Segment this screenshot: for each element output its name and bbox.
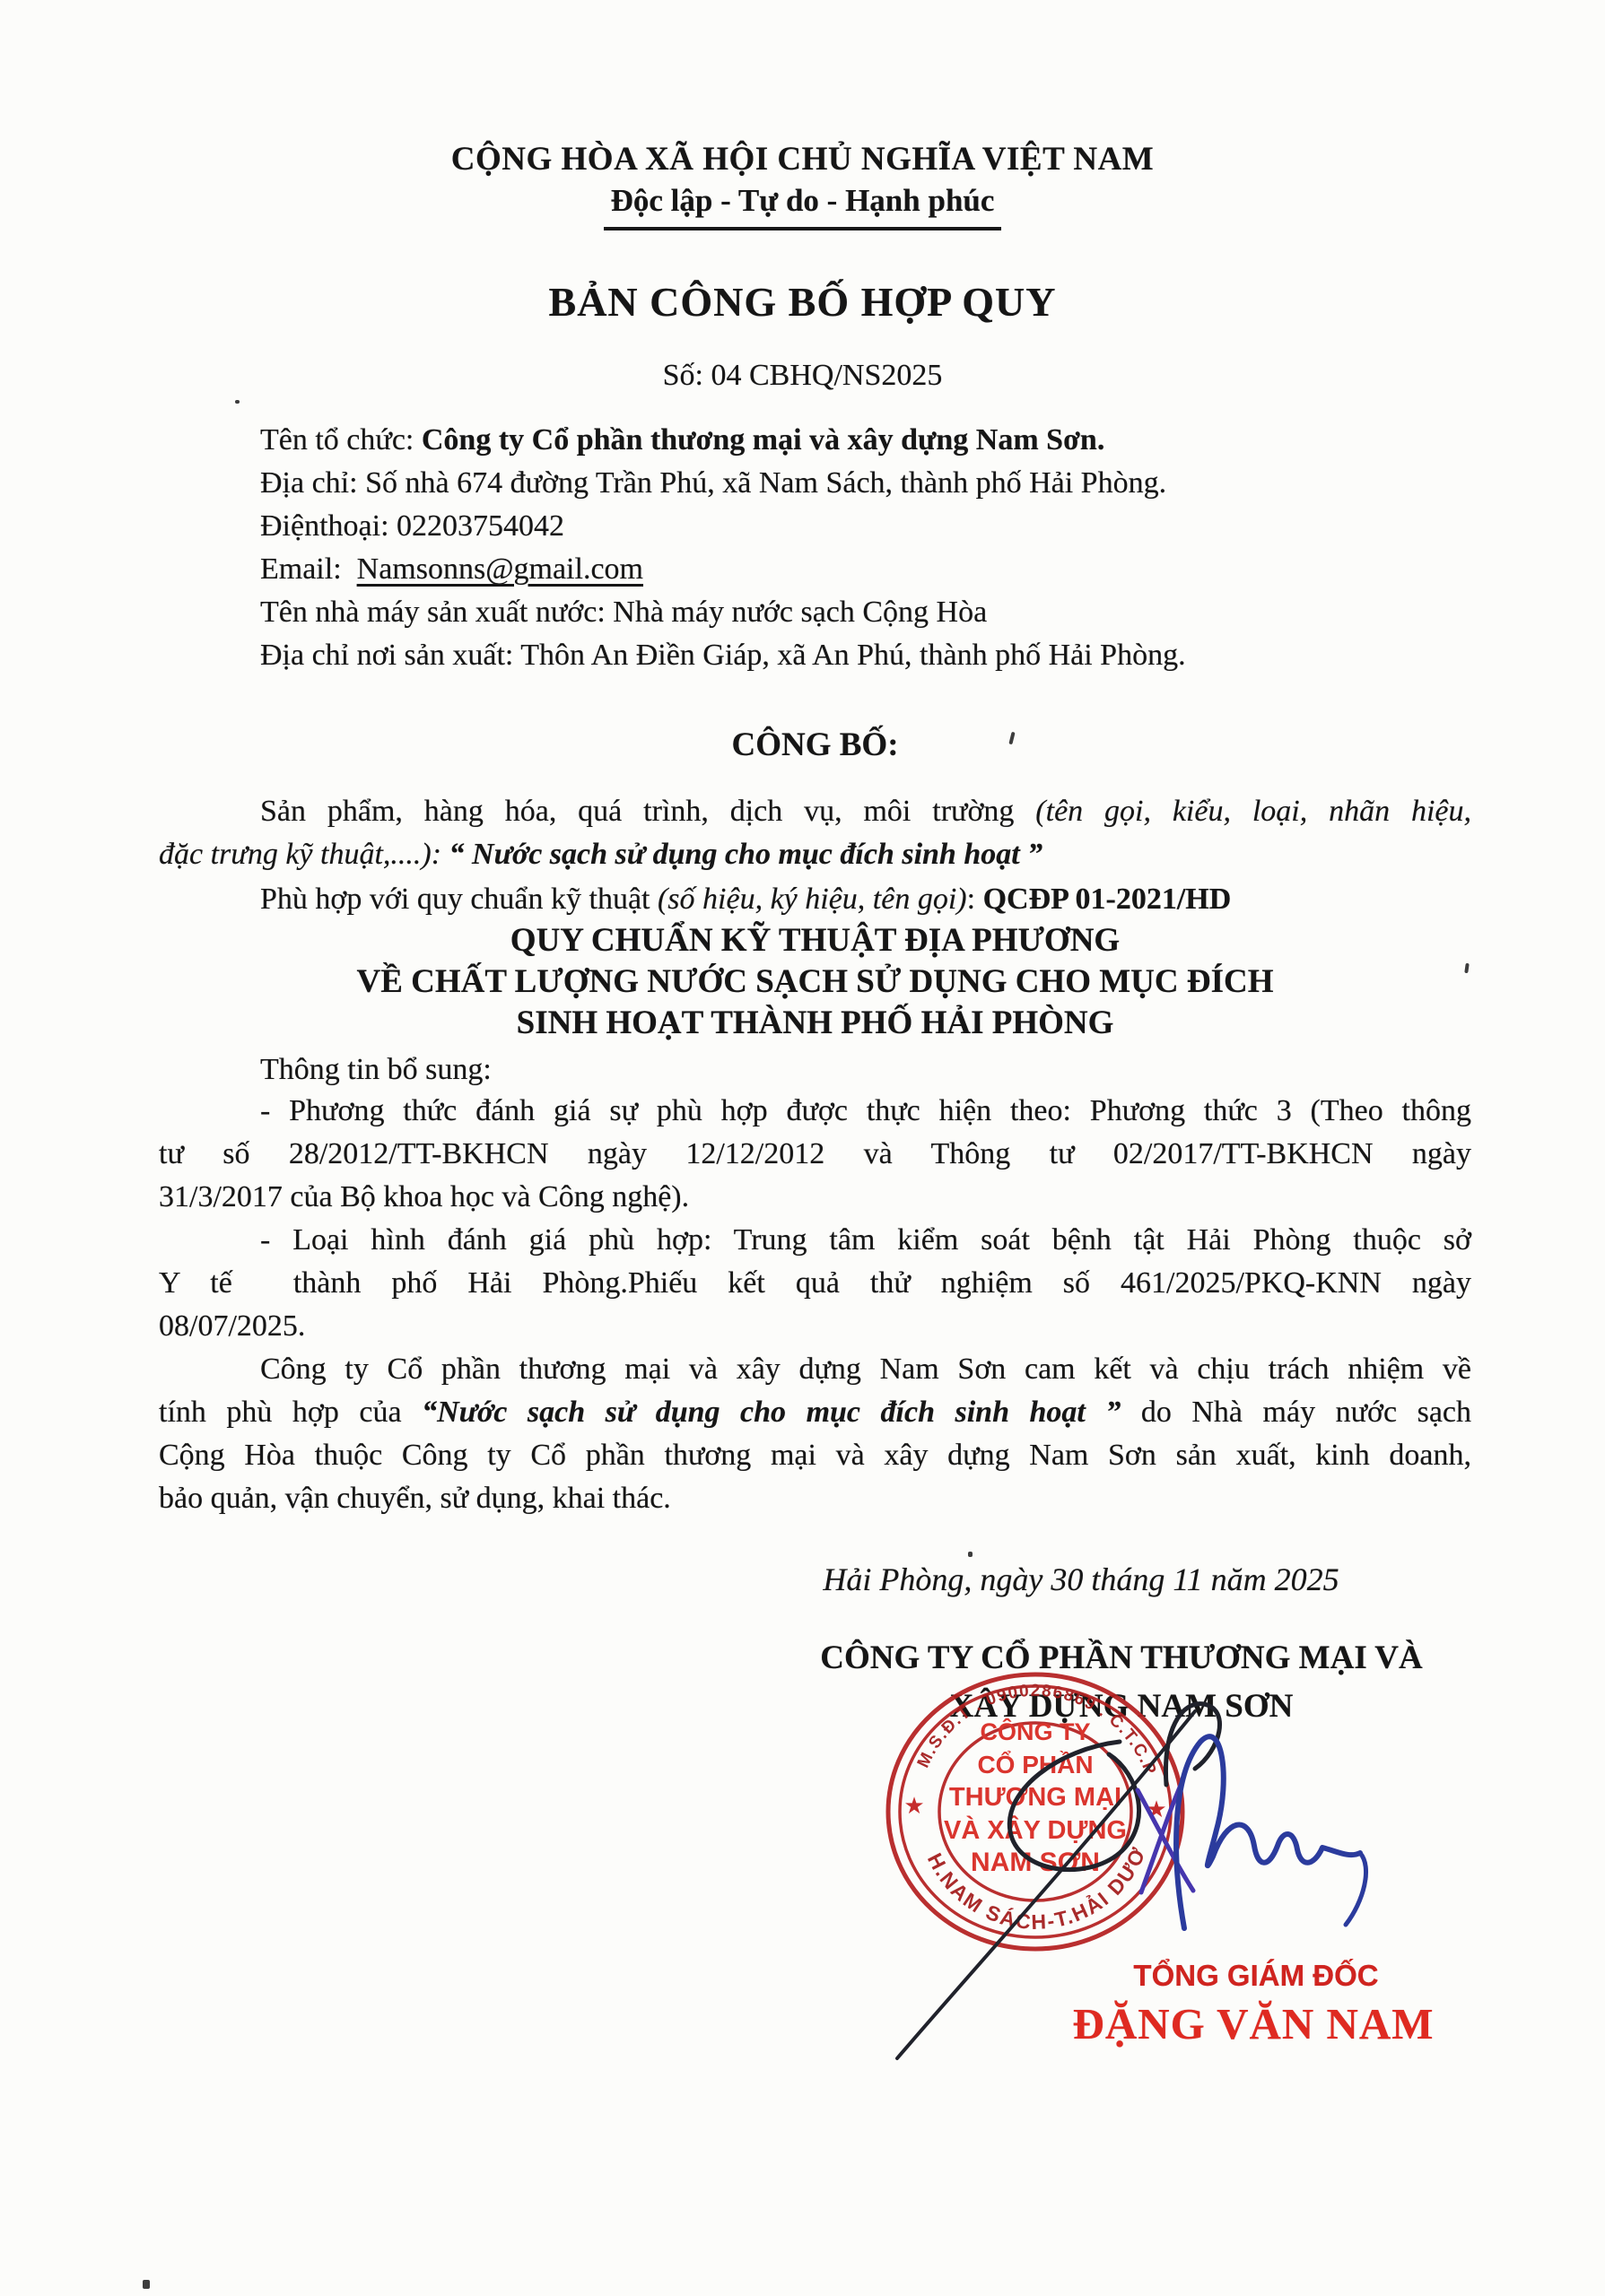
doc-line: Địa chỉ: Số nhà 674 đường Trần Phú, xã N… — [159, 463, 1471, 504]
text-segment: tính phù hợp của — [159, 1396, 422, 1429]
ink-speck — [143, 2280, 150, 2289]
text-segment: Cộng Hòa thuộc Công ty Cổ phần thương mạ… — [159, 1439, 1471, 1472]
text-segment: tư số 28/2012/TT-BKHCN ngày 12/12/2012 v… — [159, 1137, 1471, 1170]
text-segment: QUY CHUẨN KỸ THUẬT ĐỊA PHƯƠNG — [510, 922, 1120, 959]
text-segment: 08/07/2025. — [159, 1309, 305, 1343]
text-segment: 31/3/2017 của Bộ khoa học và Công nghệ). — [159, 1180, 689, 1213]
text-segment: Công ty Cổ phần thương mại và xây dựng N… — [422, 423, 1104, 457]
text-segment: CÔNG BỐ: — [731, 726, 898, 763]
doc-line: QUY CHUẨN KỸ THUẬT ĐỊA PHƯƠNG — [159, 920, 1471, 961]
text-segment: - Phương thức đánh giá sự phù hợp được t… — [260, 1094, 1471, 1127]
doc-line: - Phương thức đánh giá sự phù hợp được t… — [159, 1091, 1471, 1132]
text-segment: bảo quản, vận chuyển, sử dụng, khai thác… — [159, 1482, 671, 1515]
text-segment: Tên nhà máy sản xuất nước: Nhà máy nước … — [260, 596, 987, 629]
doc-line: Công ty Cổ phần thương mại và xây dựng N… — [159, 1349, 1471, 1390]
doc-line: 31/3/2017 của Bộ khoa học và Công nghệ). — [159, 1177, 1471, 1218]
doc-line: Điệnthoại: 02203754042 — [159, 506, 1471, 547]
doc-line: Phù hợp với quy chuẩn kỹ thuật (số hiệu,… — [159, 879, 1471, 920]
signer-name: ĐẶNG VĂN NAM — [1069, 1998, 1437, 2049]
text-segment: Phù hợp với quy chuẩn kỹ thuật — [260, 883, 658, 916]
doc-line: - Loại hình đánh giá phù hợp: Trung tâm … — [159, 1220, 1471, 1261]
svg-text:CÔNG TY: CÔNG TY — [980, 1718, 1090, 1745]
text-segment: Namsonns@gmail.com — [357, 552, 643, 586]
text-segment: (số hiệu, ký hiệu, tên gọi) — [658, 883, 967, 916]
doc-line: SINH HOẠT THÀNH PHỐ HẢI PHÒNG — [159, 1003, 1471, 1044]
doc-line: Cộng Hòa thuộc Công ty Cổ phần thương mạ… — [159, 1435, 1471, 1476]
ink-speck — [235, 400, 240, 404]
doc-line: bảo quản, vận chuyển, sử dụng, khai thác… — [159, 1478, 1471, 1519]
text-segment: Y tế thành phố Hải Phòng.Phiếu kết quả t… — [159, 1266, 1471, 1300]
text-segment: Địa chỉ nơi sản xuất: Thôn An Điền Giáp,… — [260, 639, 1186, 672]
doc-line: 08/07/2025. — [159, 1306, 1471, 1347]
text-segment: : — [967, 883, 983, 916]
text-segment: Email: — [260, 552, 357, 586]
text-segment: Sản phẩm, hàng hóa, quá trình, dịch vụ, … — [260, 795, 1035, 828]
scanned-document-page: CỘNG HÒA XÃ HỘI CHỦ NGHĨA VIỆT NAM Độc l… — [0, 0, 1605, 2296]
doc-line: Địa chỉ nơi sản xuất: Thôn An Điền Giáp,… — [159, 635, 1471, 676]
text-segment: QCĐP 01-2021/HD — [983, 883, 1232, 916]
svg-text:THƯƠNG MẠI: THƯƠNG MẠI — [949, 1783, 1121, 1812]
text-segment: Tên tổ chức: — [260, 423, 422, 457]
doc-line: CÔNG BỐ: — [159, 725, 1471, 766]
doc-line: VỀ CHẤT LƯỢNG NƯỚC SẠCH SỬ DỤNG CHO MỤC … — [159, 961, 1471, 1003]
text-segment: Thông tin bổ sung: — [260, 1053, 492, 1086]
ink-speck — [968, 1552, 973, 1557]
doc-line: Tên tổ chức: Công ty Cổ phần thương mại … — [159, 420, 1471, 461]
signer-title: TỔNG GIÁM ĐỐC — [1121, 1959, 1391, 1993]
doc-line: Sản phẩm, hàng hóa, quá trình, dịch vụ, … — [159, 791, 1471, 832]
text-segment: SINH HOẠT THÀNH PHỐ HẢI PHÒNG — [517, 1004, 1114, 1041]
svg-text:VÀ XÂY DỰNG: VÀ XÂY DỰNG — [944, 1814, 1127, 1845]
doc-line: Tên nhà máy sản xuất nước: Nhà máy nước … — [159, 592, 1471, 633]
text-segment: (tên gọi, kiểu, loại, nhãn hiệu, — [1035, 795, 1471, 828]
text-segment: do Nhà máy nước sạch — [1121, 1396, 1471, 1429]
text-segment: Địa chỉ: Số nhà 674 đường Trần Phú, xã N… — [260, 466, 1166, 500]
red-stamp: M.S.Đ.T . 0900286869 . C.T.C.P H.NAM SÁC… — [807, 1605, 1182, 1949]
doc-line: Thông tin bổ sung: — [159, 1049, 1471, 1091]
stamp-star-left: ★ — [903, 1792, 924, 1819]
text-segment: Điệnthoại: 02203754042 — [260, 509, 564, 543]
stamp-center-text: CÔNG TY CỔ PHẦN THƯƠNG MẠI VÀ XÂY DỰNG N… — [944, 1718, 1127, 1877]
text-segment: VỀ CHẤT LƯỢNG NƯỚC SẠCH SỬ DỤNG CHO MỤC … — [357, 963, 1274, 1000]
text-segment: “ Nước sạch sử dụng cho mục đích sinh ho… — [449, 838, 1043, 871]
doc-line: đặc trưng kỹ thuật,....): “ Nước sạch sử… — [159, 834, 1471, 875]
doc-line: tư số 28/2012/TT-BKHCN ngày 12/12/2012 v… — [159, 1134, 1471, 1175]
text-segment: đặc trưng kỹ thuật,....): — [159, 838, 449, 871]
doc-line: tính phù hợp của “Nước sạch sử dụng cho … — [159, 1392, 1471, 1433]
text-segment: “Nước sạch sử dụng cho mục đích sinh hoạ… — [422, 1396, 1121, 1429]
doc-line: Email: Namsonns@gmail.com — [159, 549, 1471, 590]
doc-line: Y tế thành phố Hải Phòng.Phiếu kết quả t… — [159, 1263, 1471, 1304]
date-place-line: Hải Phòng, ngày 30 tháng 11 năm 2025 — [772, 1561, 1391, 1598]
text-segment: - Loại hình đánh giá phù hợp: Trung tâm … — [260, 1223, 1471, 1257]
text-segment: Công ty Cổ phần thương mại và xây dựng N… — [260, 1352, 1471, 1386]
